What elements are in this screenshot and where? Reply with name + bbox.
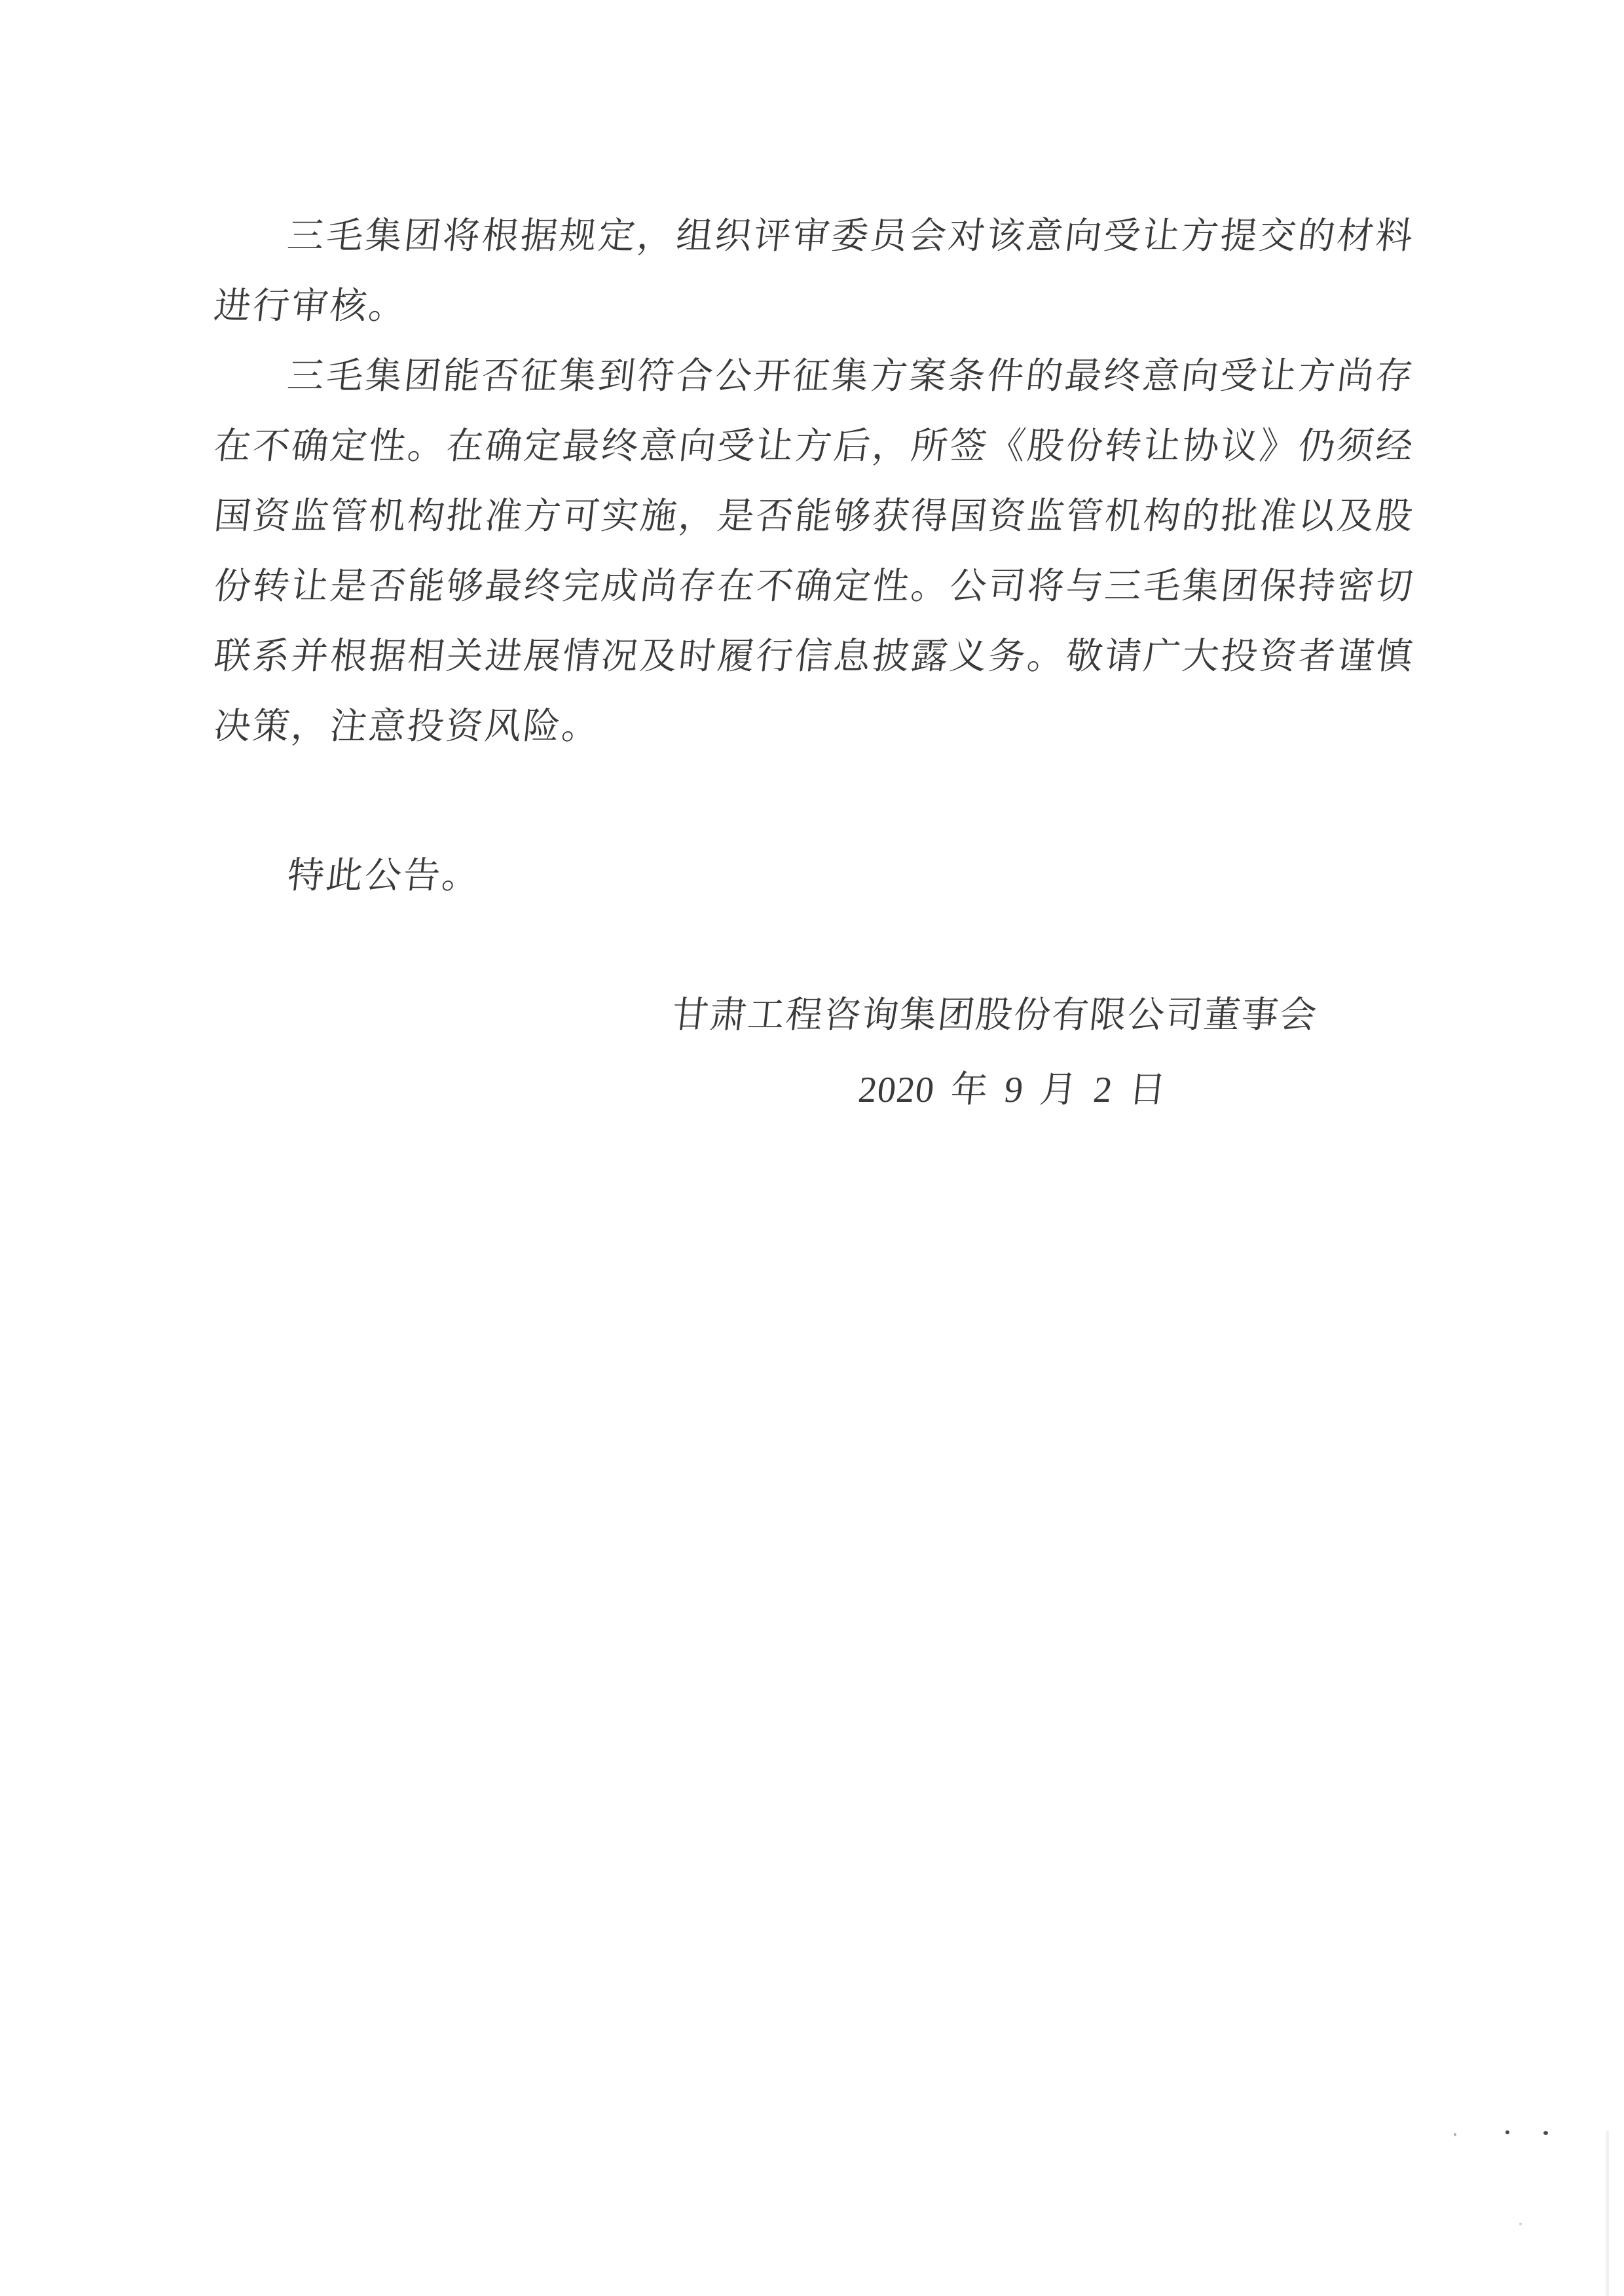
paragraph-line: 决策，注意投资风险。 bbox=[210, 692, 1418, 762]
closing-statement: 特此公告。 bbox=[210, 841, 1418, 911]
scan-speck bbox=[1505, 2130, 1509, 2134]
date-line: 2020 年 9 月 2 日 bbox=[855, 1055, 1418, 1125]
paragraph-line: 进行审核。 bbox=[210, 272, 1418, 342]
scanned-document-page: 三毛集团将根据规定，组织评审委员会对该意向受让方提交的材料 进行审核。 三毛集团… bbox=[0, 0, 1624, 2296]
signature-line: 甘肃工程咨询集团股份有限公司董事会 bbox=[668, 981, 1418, 1051]
paragraph-line: 国资监管机构批准方可实施，是否能够获得国资监管机构的批准以及股 bbox=[210, 482, 1418, 552]
paragraph-line: 三毛集团能否征集到符合公开征集方案条件的最终意向受让方尚存 bbox=[210, 342, 1418, 412]
scan-speck bbox=[1543, 2131, 1548, 2135]
paragraph-line: 份转让是否能够最终完成尚存在不确定性。公司将与三毛集团保持密切 bbox=[210, 552, 1418, 622]
scan-speck bbox=[1454, 2133, 1456, 2136]
document-body: 三毛集团将根据规定，组织评审委员会对该意向受让方提交的材料 进行审核。 三毛集团… bbox=[214, 202, 1414, 1125]
paragraph-line: 三毛集团将根据规定，组织评审委员会对该意向受让方提交的材料 bbox=[210, 202, 1418, 272]
scan-speck bbox=[1519, 2223, 1522, 2225]
paragraph-line: 在不确定性。在确定最终意向受让方后，所签《股份转让协议》仍须经 bbox=[210, 412, 1418, 482]
scan-edge-artifact bbox=[1606, 2131, 1609, 2296]
paragraph-line: 联系并根据相关进展情况及时履行信息披露义务。敬请广大投资者谨慎 bbox=[210, 622, 1418, 692]
